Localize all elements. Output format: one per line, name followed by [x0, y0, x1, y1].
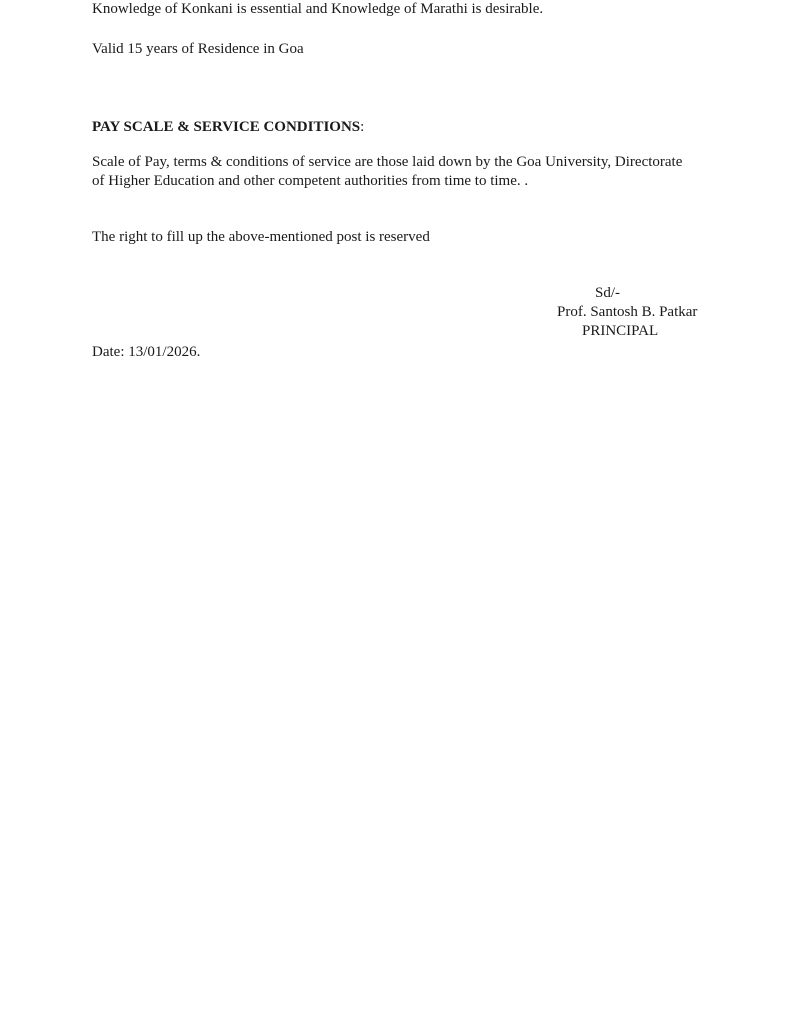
- residence-requirement: Valid 15 years of Residence in Goa: [92, 40, 304, 58]
- signature-sd: Sd/-: [595, 284, 620, 302]
- pay-scale-heading: PAY SCALE & SERVICE CONDITIONS: [92, 119, 360, 135]
- language-requirement: Knowledge of Konkani is essential and Kn…: [92, 0, 543, 18]
- pay-scale-text-line2: of Higher Education and other competent …: [92, 172, 528, 190]
- reservation-note: The right to fill up the above-mentioned…: [92, 228, 430, 246]
- pay-scale-heading-colon: :: [360, 119, 364, 135]
- document-date: Date: 13/01/2026.: [92, 343, 200, 361]
- signatory-name: Prof. Santosh B. Patkar: [557, 303, 697, 321]
- pay-scale-text-line1: Scale of Pay, terms & conditions of serv…: [92, 153, 682, 171]
- signatory-designation: PRINCIPAL: [582, 322, 658, 340]
- pay-scale-heading-line: PAY SCALE & SERVICE CONDITIONS:: [92, 118, 364, 136]
